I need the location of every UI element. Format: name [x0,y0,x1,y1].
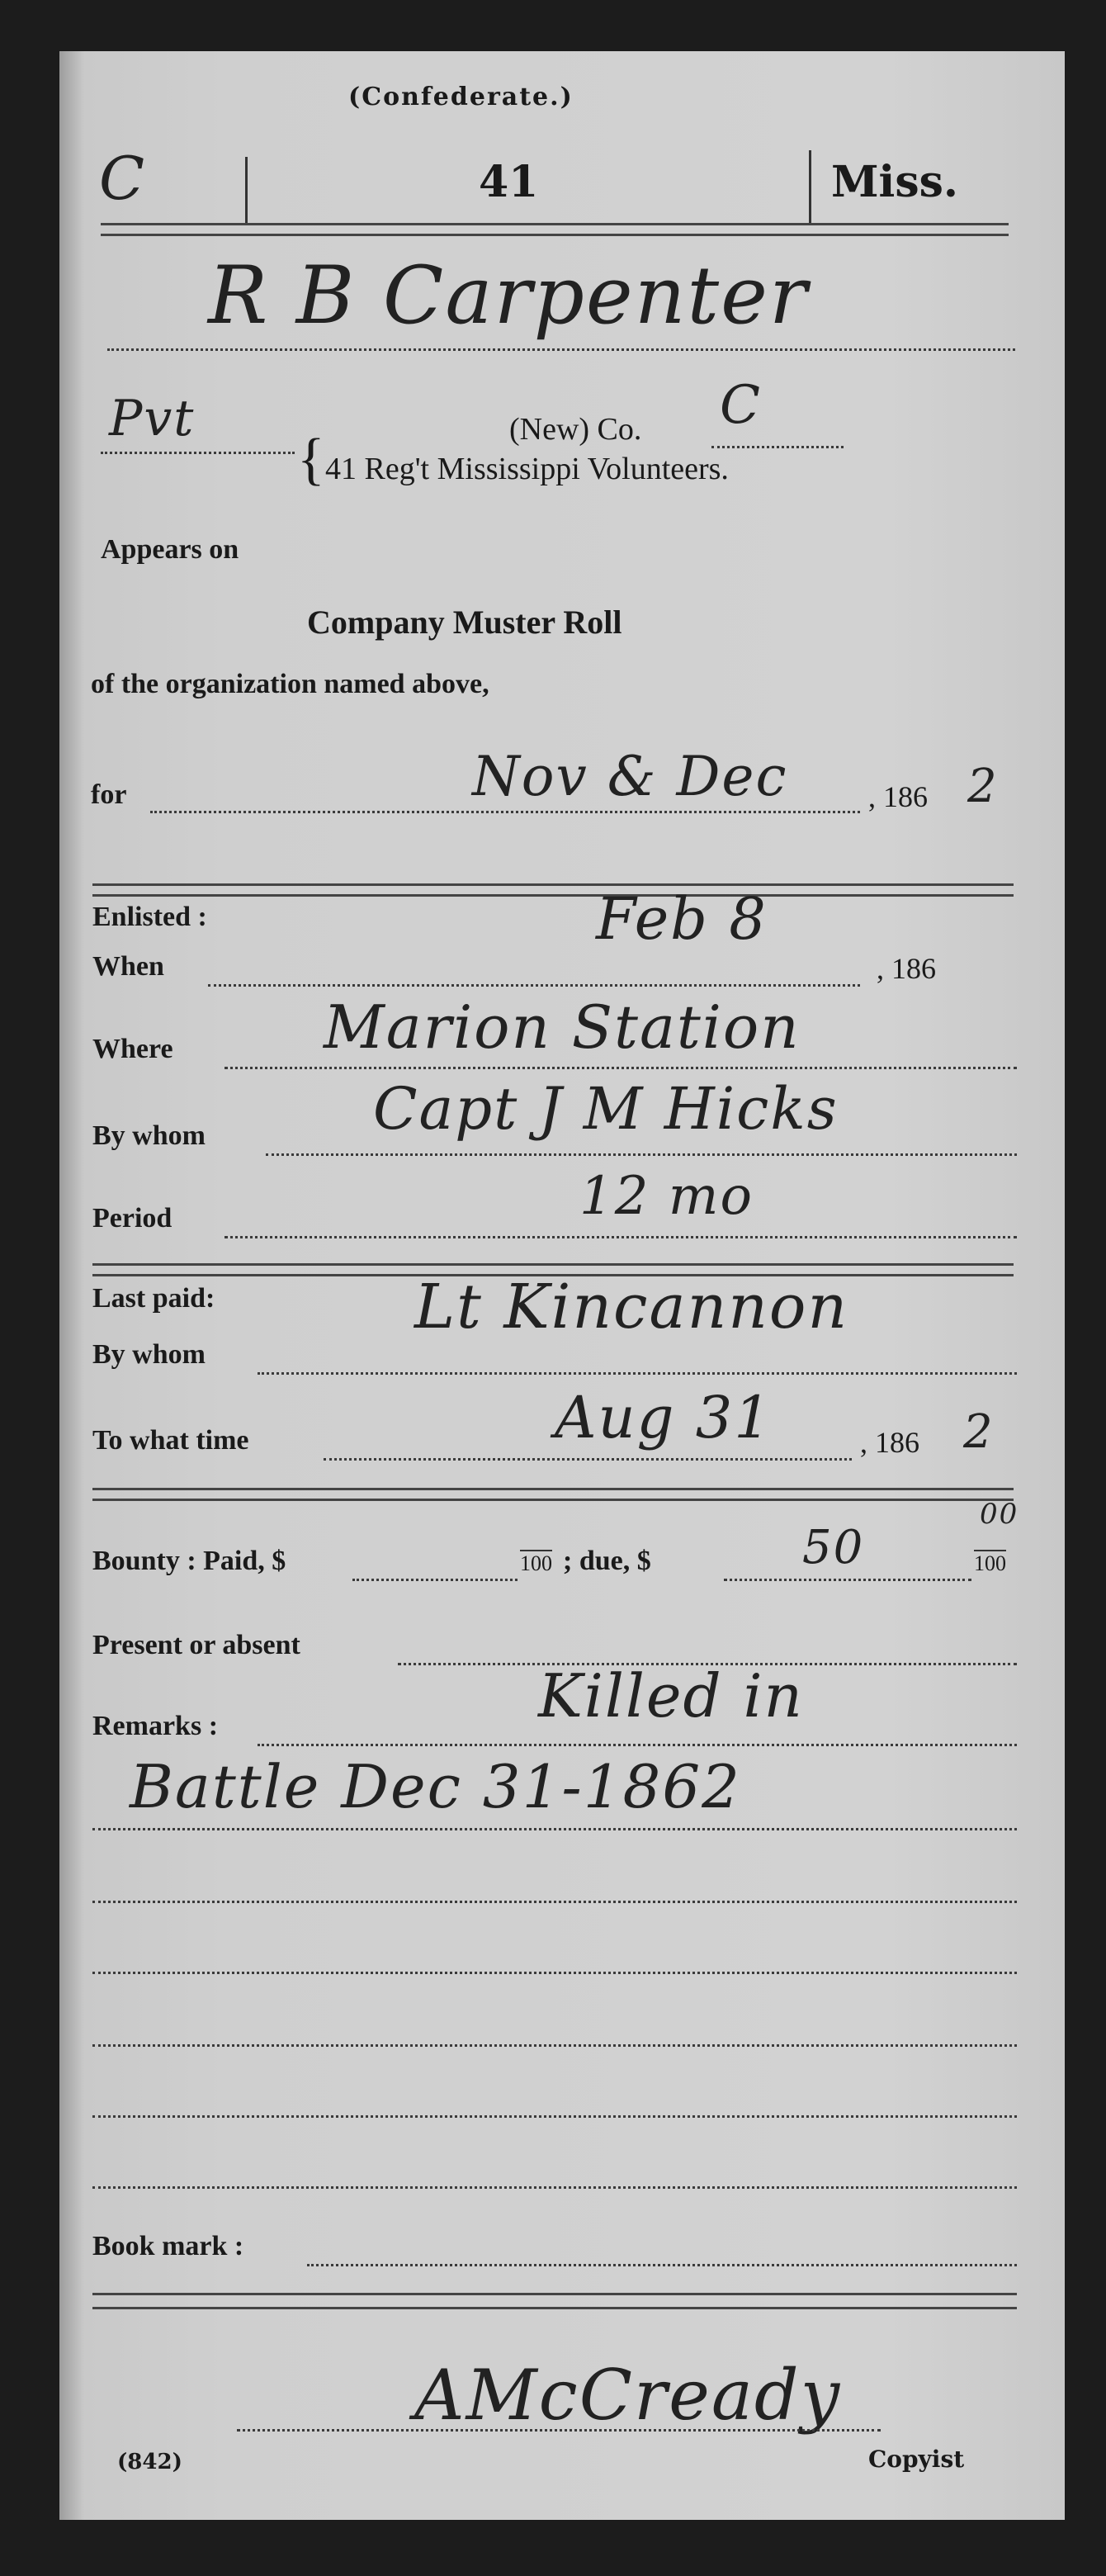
to-what-time-line [324,1458,852,1461]
present-absent-label: Present or absent [92,1630,300,1661]
last-paid-by-whom-label: By whom [92,1339,206,1371]
for-line [150,811,860,813]
enlisted-by-whom-label: By whom [92,1120,206,1152]
company-letter: C [720,375,762,436]
copyist-signature: AMcCready [414,2355,841,2436]
when-line [208,984,860,987]
remarks-label: Remarks : [92,1711,218,1742]
for-year-prefix: , 186 [868,779,928,814]
remarks-text-line2: Battle Dec 31-1862 [130,1752,741,1821]
remarks-line-2 [92,1828,1017,1830]
of-organization-label: of the organization named above, [91,669,489,700]
header-divider-right [809,150,811,223]
where-label: Where [92,1034,173,1065]
company-line [711,446,844,448]
for-value: Nov & Dec [472,745,787,808]
last-paid-double-rule [92,1488,1014,1501]
form-number: (842) [117,2450,182,2474]
signature-line [237,2429,881,2432]
soldier-name: R B Carpenter [208,249,809,342]
remarks-text-line1: Killed in [538,1661,804,1731]
when-value: Feb 8 [596,885,768,953]
to-what-time-label: To what time [92,1425,249,1456]
roll-type: Company Muster Roll [307,603,622,642]
footer-double-rule [92,2293,1017,2309]
bounty-due-value: 50 [802,1521,864,1574]
remarks-line-5 [92,2044,1017,2047]
period-label: Period [92,1203,172,1234]
when-year: , 186 [877,951,936,986]
where-line [225,1067,1017,1069]
confederate-label: (Confederate.) [348,83,574,111]
rank: Pvt [109,390,195,447]
company-prefix: (New) Co. [509,411,641,447]
company-letter-header: C [99,144,146,213]
book-mark-label: Book mark : [92,2231,243,2262]
remarks-line-4 [92,1972,1017,1974]
rank-line [101,452,295,454]
to-what-time-value: Aug 31 [555,1384,773,1451]
header-double-rule [101,223,1009,236]
copyist-label: Copyist [868,2446,964,2473]
enlisted-by-whom-value: Capt J M Hicks [373,1075,839,1143]
name-line [107,348,1015,351]
period-line [225,1236,1017,1238]
header-divider-left [245,157,248,223]
where-value: Marion Station [324,992,801,1062]
last-paid-by-whom-value: Lt Kincannon [414,1271,848,1342]
book-mark-line [307,2264,1017,2266]
for-label: for [91,779,126,811]
enlisted-heading: Enlisted : [92,902,207,933]
enlisted-by-whom-line [266,1153,1017,1156]
remarks-line-3 [92,1901,1017,1903]
state-abbrev: Miss. [831,157,958,207]
for-year-suffix: 2 [967,760,999,813]
to-what-time-year-prefix: , 186 [860,1425,919,1460]
last-paid-by-whom-line [258,1372,1017,1375]
regiment-number: 41 [479,157,538,207]
roll-double-rule [92,883,1014,897]
when-label: When [92,951,164,983]
regiment-line: 41 Reg't Mississippi Volunteers. [325,451,729,487]
bounty-label: Bounty : Paid, $ [92,1546,286,1577]
brace: { [297,427,325,493]
bounty-paid-line [352,1579,518,1581]
remarks-line-1 [258,1744,1017,1746]
bounty-due-cents: 00 [980,1498,1019,1531]
to-what-time-year-suffix: 2 [963,1405,995,1459]
muster-roll-card: (Confederate.) C 41 Miss. R B Carpenter … [59,51,1065,2520]
last-paid-heading: Last paid: [92,1283,215,1314]
bounty-due-label: ; due, $ [563,1546,651,1577]
period-value: 12 mo [579,1166,754,1227]
bounty-paid-cents-denominator: 100 [520,1550,552,1576]
appears-on-label: Appears on [101,534,239,566]
bounty-due-cents-denominator: 100 [974,1550,1006,1576]
bounty-due-line [724,1579,971,1581]
remarks-line-6 [92,2115,1017,2118]
remarks-line-7 [92,2186,1017,2189]
